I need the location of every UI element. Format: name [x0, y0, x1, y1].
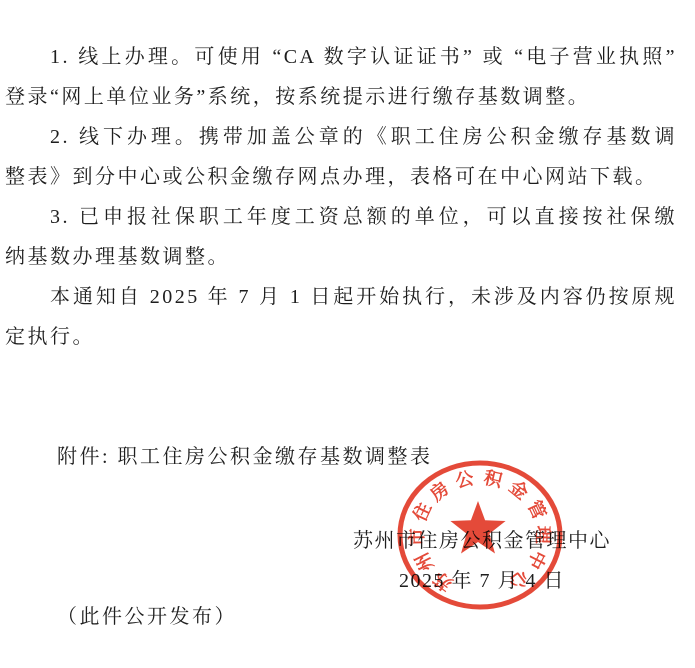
body-line: 本通知自 2025 年 7 月 1 日起开始执行，未涉及内容仍按原规 — [5, 277, 677, 317]
signature-date: 2025 年 7 月 4 日 — [348, 561, 616, 601]
signature-org: 苏州市住房公积金管理中心 — [348, 521, 616, 561]
svg-text:金: 金 — [505, 476, 534, 505]
footer-note: （此件公开发布） — [5, 597, 677, 637]
body-line: 1. 线上办理。可使用 “CA 数字认证证书” 或 “电子营业执照” — [5, 37, 677, 77]
body-line: 整表》到分中心或公积金缴存网点办理，表格可在中心网站下载。 — [5, 157, 677, 197]
body-line: 定执行。 — [5, 317, 677, 357]
attachment-line: 附件: 职工住房公积金缴存基数调整表 — [5, 437, 677, 477]
document-page: 1. 线上办理。可使用 “CA 数字认证证书” 或 “电子营业执照” 登录“网上… — [0, 0, 695, 668]
signature-block: 苏州市住房公积金管理中心 2025 年 7 月 4 日 — [348, 521, 616, 601]
body-line: 2. 线下办理。携带加盖公章的《职工住房公积金缴存基数调 — [5, 117, 677, 157]
body-line: 纳基数办理基数调整。 — [5, 237, 677, 277]
body-line: 登录“网上单位业务”系统，按系统提示进行缴存基数调整。 — [5, 77, 677, 117]
body-line: 3. 已申报社保职工年度工资总额的单位，可以直接按社保缴 — [5, 197, 677, 237]
notice-body: 1. 线上办理。可使用 “CA 数字认证证书” 或 “电子营业执照” 登录“网上… — [5, 37, 677, 357]
svg-text:房: 房 — [425, 476, 455, 506]
